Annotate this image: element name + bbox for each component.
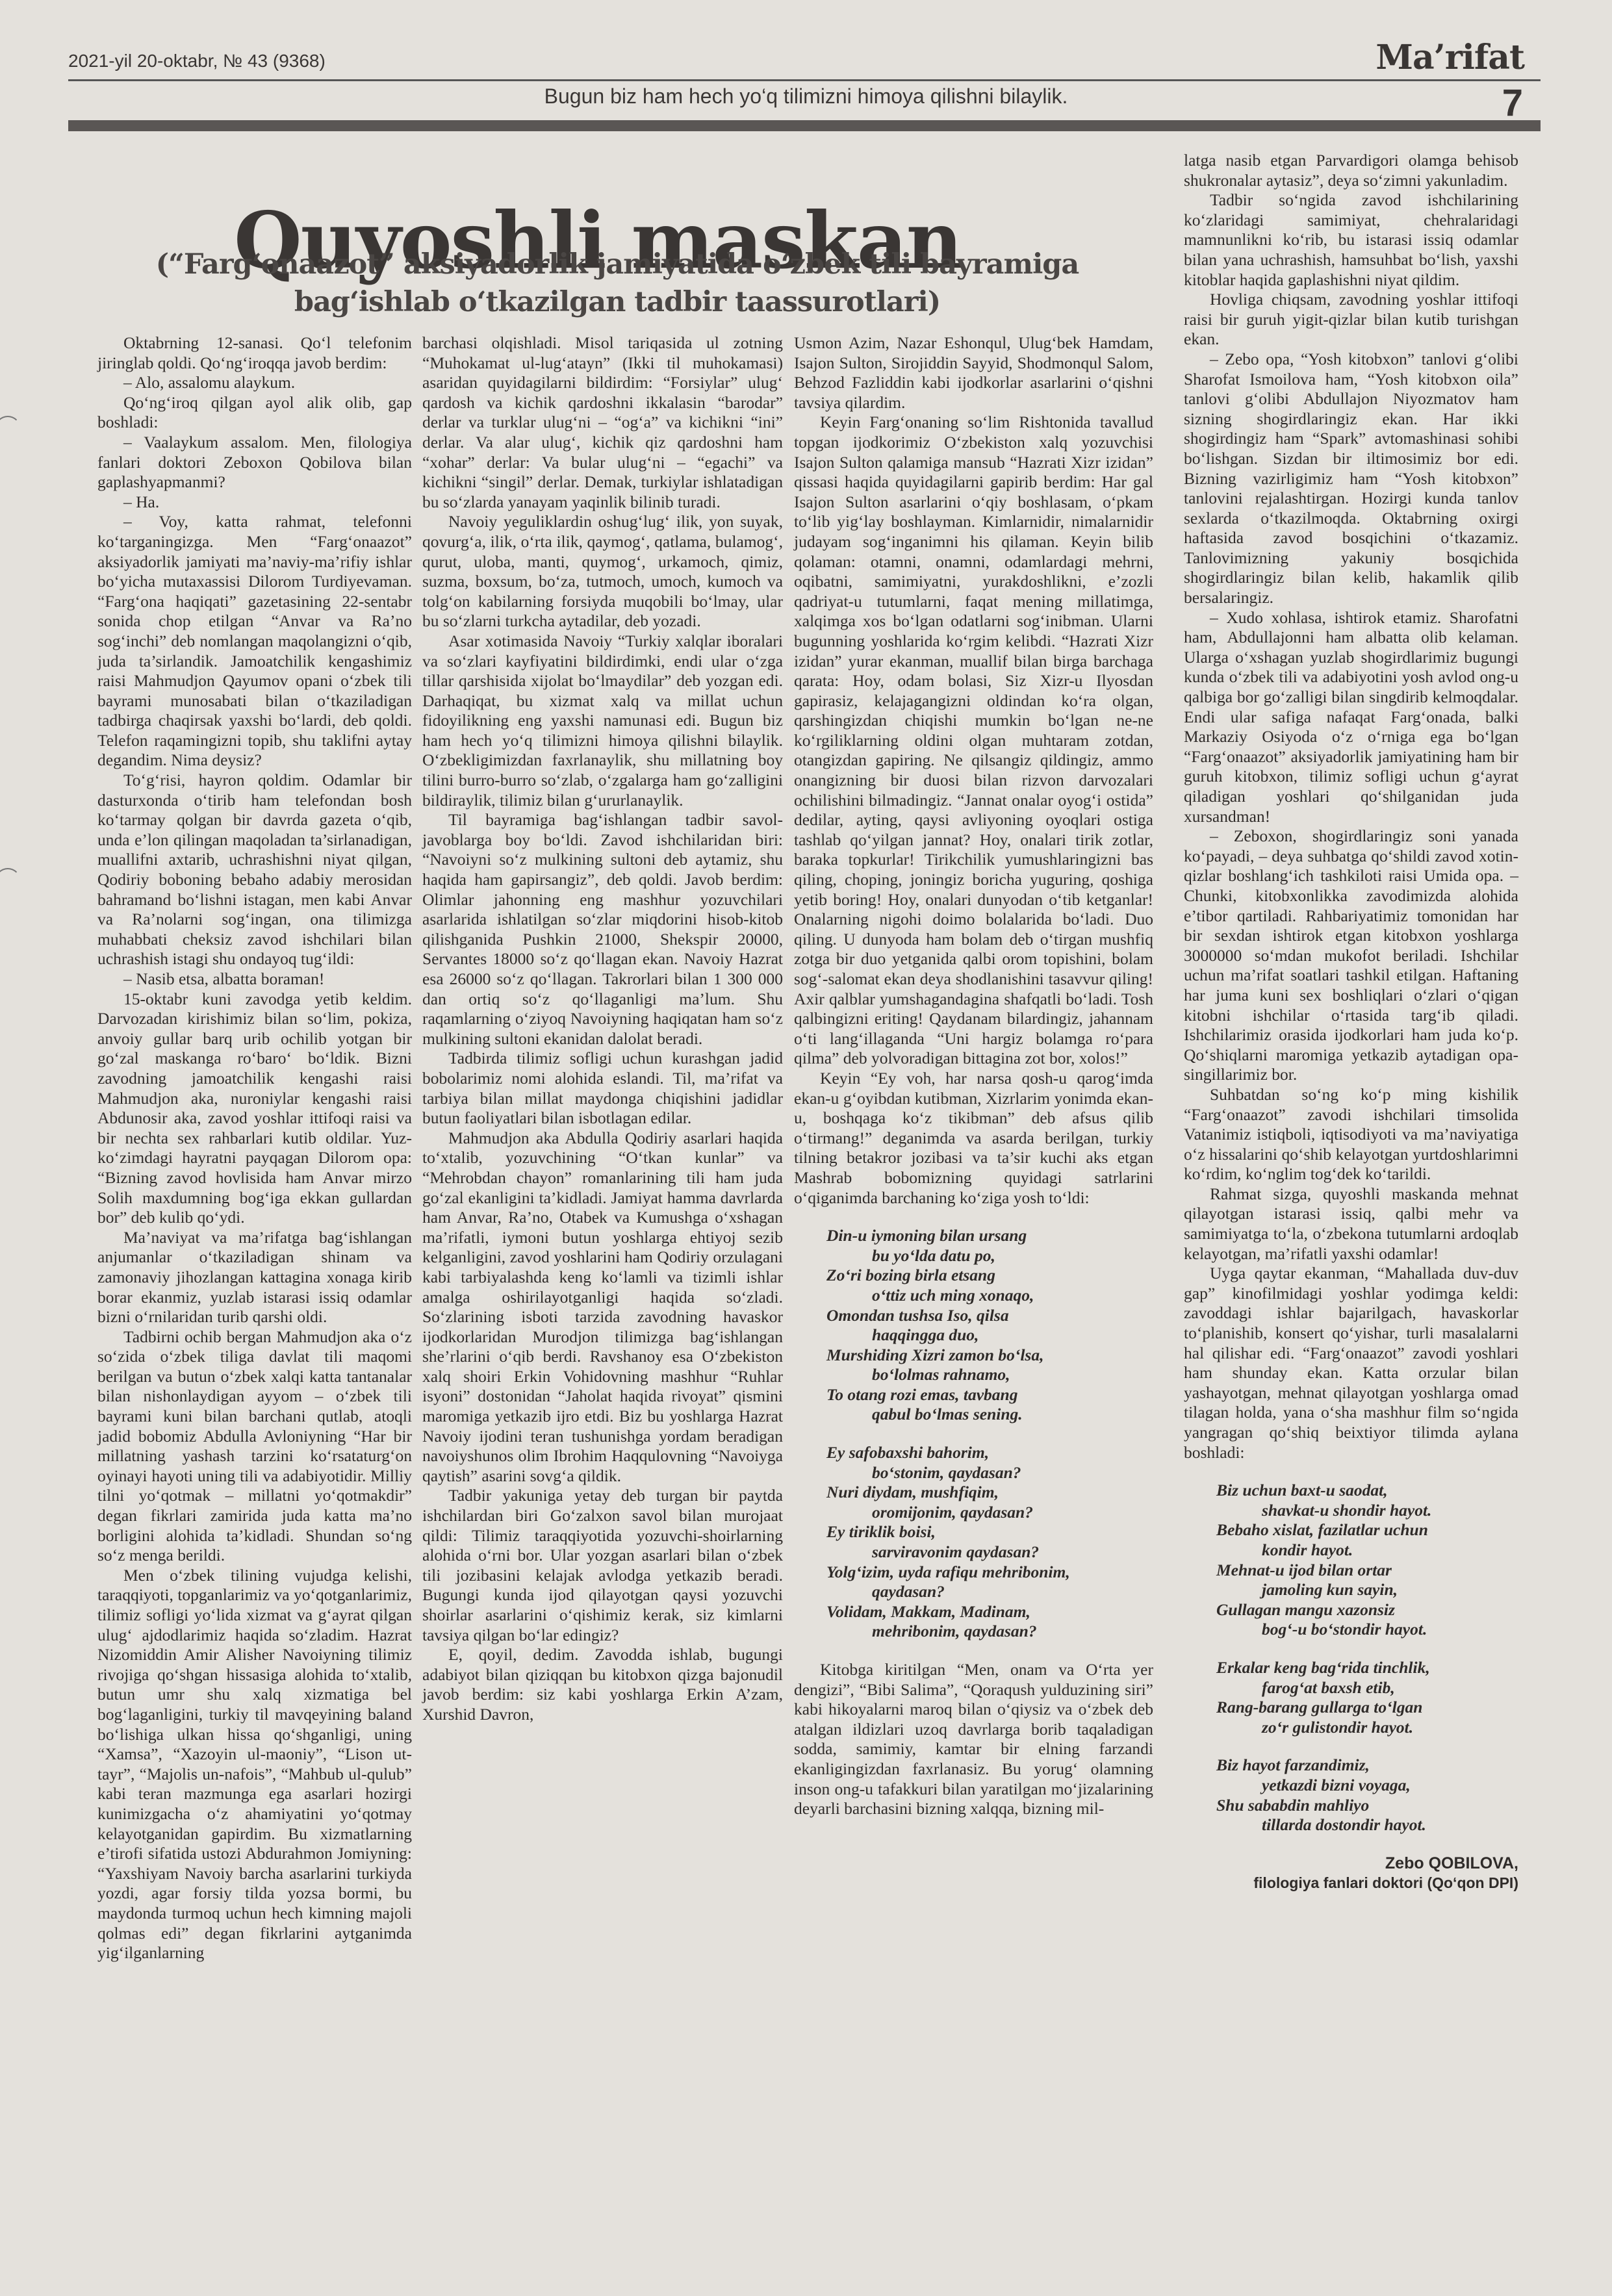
- paragraph: Men o‘zbek tilining vujudga kelishi, tar…: [97, 1566, 412, 1963]
- poem-line: qaydasan?: [826, 1582, 1153, 1602]
- paragraph: Usmon Azim, Nazar Eshonqul, Ulug‘bek Ham…: [794, 333, 1153, 413]
- paragraph: Uyga qaytar ekanman, “Mahallada duv-duv …: [1184, 1264, 1518, 1462]
- paragraph: Asar xotimasida Navoiy “Turkiy xalqlar i…: [422, 631, 783, 810]
- paragraph: latga nasib etgan Parvardigori olamga be…: [1184, 151, 1518, 190]
- paragraph: Tadbirni ochib bergan Mahmudjon aka o‘z …: [97, 1327, 412, 1566]
- header-motto: Bugun biz ham hech yo‘q tilimizni himoya…: [0, 84, 1612, 108]
- poem-line: jamoling kun sayin,: [1216, 1580, 1518, 1600]
- paragraph: – Nasib etsa, albatta boraman!: [97, 969, 412, 989]
- author-name: Zebo QOBILOVA,: [1184, 1854, 1518, 1874]
- stanza-gap: [1216, 1640, 1518, 1658]
- punch-hole-icon: [0, 868, 21, 894]
- poem-song: Biz uchun baxt-u saodat, shavkat-u shond…: [1216, 1481, 1518, 1835]
- poem-line: Yolg‘izim, uyda rafiqu mehribonim,: [826, 1563, 1153, 1583]
- paragraph: barchasi olqishladi. Misol tariqasida ul…: [422, 333, 783, 512]
- punch-hole-icon: [0, 416, 21, 442]
- poem-line: Shu sababdin mahliyo: [1216, 1796, 1518, 1816]
- subtitle-line: (“Farg‘onaazot” aksiyadorlik jamiyatida …: [84, 246, 1150, 283]
- subtitle-line: bag‘ishlab o‘tkazilgan tadbir taassurotl…: [84, 283, 1150, 321]
- paragraph: Mahmudjon aka Abdulla Qodiriy asarlari h…: [422, 1129, 783, 1486]
- poem-line: To otang rozi emas, tavbang: [826, 1385, 1153, 1405]
- poem-line: mehribonim, qaydasan?: [826, 1622, 1153, 1642]
- author-title: filologiya fanlari doktori (Qo‘qon DPI): [1184, 1873, 1518, 1893]
- header-rule: [68, 79, 1541, 81]
- poem-line: bog‘-u bo‘stondir hayot.: [1216, 1620, 1518, 1640]
- paragraph: Tadbir yakuniga yetay deb turgan bir pay…: [422, 1486, 783, 1645]
- poem-line: Ey tiriklik boisi,: [826, 1522, 1153, 1542]
- poem-line: Din-u iymoning bilan ursang: [826, 1226, 1153, 1246]
- paragraph: Keyin “Ey voh, har narsa qosh-u qarog‘im…: [794, 1069, 1153, 1208]
- poem-line: bo‘stonim, qaydasan?: [826, 1463, 1153, 1483]
- paragraph: Tadbir so‘ngida zavod ishchilarining ko‘…: [1184, 190, 1518, 290]
- paragraph: – Zeboxon, shogirdlaringiz soni yanada k…: [1184, 826, 1518, 1085]
- poem-line: bo‘lolmas rahnamo,: [826, 1365, 1153, 1385]
- poem-line: Rang-barang gullarga to‘lgan: [1216, 1698, 1518, 1718]
- poem-line: oromijonim, qaydasan?: [826, 1503, 1153, 1523]
- paragraph: Qo‘ng‘iroq qilgan ayol alik olib, gap bo…: [97, 393, 412, 433]
- paragraph: – Vaalaykum assalom. Men, filologiya fan…: [97, 433, 412, 492]
- paragraph: Suhbatdan so‘ng ko‘p ming kishilik “Farg…: [1184, 1085, 1518, 1184]
- paragraph: Til bayramiga bag‘ishlangan tadbir savol…: [422, 810, 783, 1049]
- poem-line: Nuri diydam, mushfiqim,: [826, 1483, 1153, 1503]
- poem-line: kondir hayot.: [1216, 1540, 1518, 1561]
- paragraph: – Alo, assalomu alaykum.: [97, 373, 412, 393]
- paragraph: Hovliga chiqsam, zavodning yoshlar ittif…: [1184, 290, 1518, 350]
- poem-line: tillarda dostondir hayot.: [1216, 1815, 1518, 1835]
- poem-line: Bebaho xislat, fazilatlar uchun: [1216, 1520, 1518, 1540]
- poem-line: bu yo‘lda datu po,: [826, 1246, 1153, 1266]
- stanza-gap: [1216, 1737, 1518, 1755]
- paragraph: 15-oktabr kuni zavodga yetib keldim. Dar…: [97, 989, 412, 1228]
- poem-line: shavkat-u shondir hayot.: [1216, 1501, 1518, 1521]
- poem-line: farog‘at baxsh etib,: [1216, 1678, 1518, 1698]
- poem-line: Erkalar keng bag‘rida tinchlik,: [1216, 1658, 1518, 1678]
- paragraph: Kitobga kiritilgan “Men, onam va O‘rta y…: [794, 1660, 1153, 1819]
- poem-line: Biz hayot farzandimiz,: [1216, 1755, 1518, 1776]
- poem-line: Volidam, Makkam, Madinam,: [826, 1602, 1153, 1622]
- article-subtitle: (“Farg‘onaazot” aksiyadorlik jamiyatida …: [84, 246, 1150, 321]
- poem-line: zo‘r gulistondir hayot.: [1216, 1718, 1518, 1738]
- poem-mashrab: Din-u iymoning bilan ursang bu yo‘lda da…: [826, 1226, 1153, 1642]
- paragraph: – Zebo opa, “Yosh kitobxon” tanlovi g‘ol…: [1184, 350, 1518, 608]
- stanza-gap: [826, 1425, 1153, 1443]
- poem-line: Zo‘ri bozing birla etsang: [826, 1266, 1153, 1286]
- paragraph: Navoiy yeguliklardin oshug‘lug‘ ilik, yo…: [422, 512, 783, 631]
- column-2: barchasi olqishladi. Misol tariqasida ul…: [422, 333, 783, 1725]
- header-date-issue: 2021-yil 20-oktabr, № 43 (9368): [68, 51, 326, 71]
- column-3: Usmon Azim, Nazar Eshonqul, Ulug‘bek Ham…: [794, 333, 1153, 1819]
- poem-line: Gullagan mangu xazonsiz: [1216, 1600, 1518, 1620]
- poem-line: Mehnat-u ijod bilan ortar: [1216, 1561, 1518, 1581]
- page-number: 7: [1502, 81, 1523, 125]
- poem-line: yetkazdi bizni voyaga,: [1216, 1776, 1518, 1796]
- poem-line: o‘ttiz uch ming xonaqo,: [826, 1286, 1153, 1306]
- paragraph: Keyin Farg‘onaning so‘lim Rishtonida tav…: [794, 413, 1153, 1069]
- newspaper-logo: Ma’rifat: [1375, 38, 1524, 77]
- paragraph: Oktabrning 12-sanasi. Qo‘l telefonim jir…: [97, 333, 412, 373]
- column-4: latga nasib etgan Parvardigori olamga be…: [1184, 151, 1518, 1893]
- paragraph: – Voy, katta rahmat, telefonni ko‘targan…: [97, 512, 412, 771]
- poem-line: Biz uchun baxt-u saodat,: [1216, 1481, 1518, 1501]
- paragraph: Rahmat sizga, quyoshli maskanda mehnat q…: [1184, 1184, 1518, 1264]
- paragraph: Tadbirda tilimiz sofligi uchun kurashgan…: [422, 1049, 783, 1128]
- poem-line: haqqingga duo,: [826, 1325, 1153, 1346]
- poem-line: Ey safobaxshi bahorim,: [826, 1443, 1153, 1463]
- paragraph: To‘g‘risi, hayron qoldim. Odamlar bir da…: [97, 771, 412, 969]
- poem-line: Murshiding Xizri zamon bo‘lsa,: [826, 1346, 1153, 1366]
- paragraph: Ma’naviyat va ma’rifatga bag‘ishlangan a…: [97, 1228, 412, 1327]
- poem-line: qabul bo‘lmas sening.: [826, 1405, 1153, 1425]
- column-1: Oktabrning 12-sanasi. Qo‘l telefonim jir…: [97, 333, 412, 1963]
- paragraph: – Ha.: [97, 492, 412, 513]
- poem-line: Omondan tushsa Iso, qilsa: [826, 1306, 1153, 1326]
- poem-line: sarviravonim qaydasan?: [826, 1542, 1153, 1563]
- paragraph: E, qoyil, dedim. Zavodda ishlab, bugungi…: [422, 1645, 783, 1724]
- header-thick-rule: [68, 120, 1541, 131]
- paragraph: – Xudo xohlasa, ishtirok etamiz. Sharofa…: [1184, 608, 1518, 827]
